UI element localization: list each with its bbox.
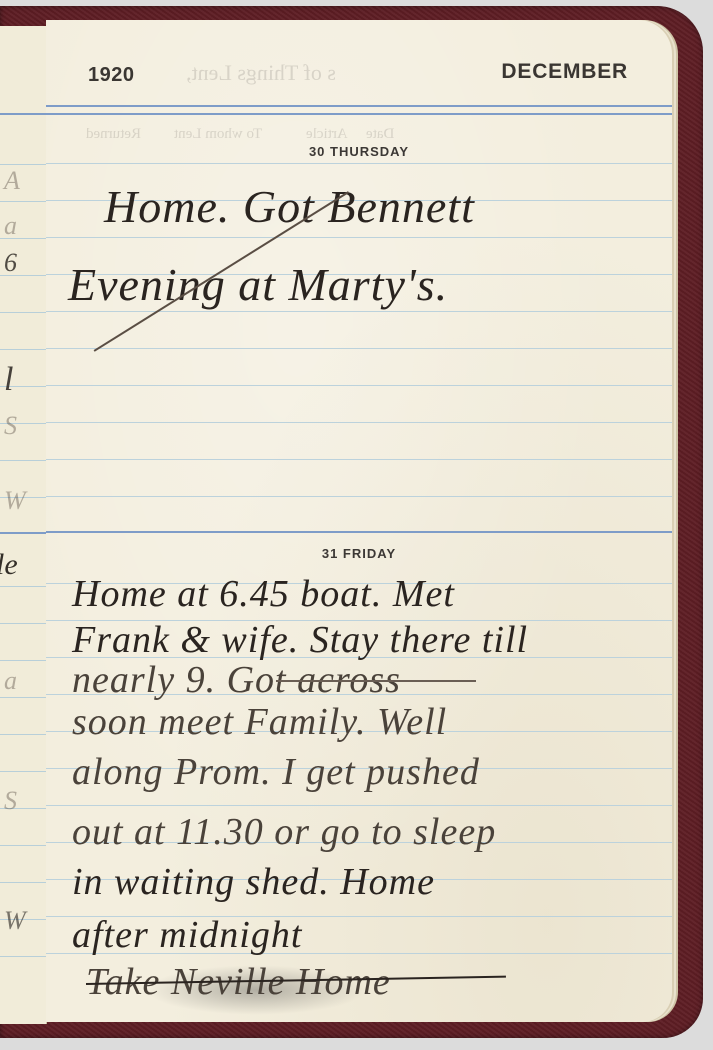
ruled-line	[46, 163, 672, 164]
ruled-line	[0, 164, 46, 165]
ruled-line	[0, 660, 46, 661]
ruled-line	[46, 348, 672, 349]
bleed-through-column: Returned	[86, 126, 141, 143]
ruled-line	[0, 771, 46, 772]
ruled-line	[0, 201, 46, 202]
left-page-fragment: 6	[4, 248, 17, 278]
bleed-through-column: Date	[366, 126, 394, 143]
ruled-line	[46, 805, 672, 806]
day-label-31-friday: 31 FRIDAY	[46, 546, 672, 561]
left-page-fragment: a	[4, 211, 17, 241]
day-label-30-thursday: 30 THURSDAY	[46, 144, 672, 159]
ruled-line	[46, 422, 672, 423]
left-page-fragment: a	[4, 666, 17, 696]
entry-31-line-8: after midnight	[72, 913, 302, 957]
ruled-line	[0, 532, 46, 534]
bleed-through-column: To whom Lent	[174, 126, 262, 143]
ruled-line	[0, 845, 46, 846]
ruled-line	[0, 956, 46, 957]
left-page-edge: A a 6 l S W le a S W	[0, 26, 47, 1024]
left-page-fragment: S	[4, 786, 17, 816]
ruled-line	[0, 882, 46, 883]
bleed-through-title: s of Things Lent,	[186, 60, 336, 86]
ruled-line	[46, 496, 672, 497]
ruled-line	[46, 459, 672, 460]
left-page-fragment: l	[4, 361, 13, 399]
header-rule	[46, 113, 672, 115]
ruled-line	[46, 385, 672, 386]
diary-page: s of Things Lent, Returned To whom Lent …	[46, 20, 672, 1022]
ruled-line	[0, 697, 46, 698]
ruled-line	[0, 460, 46, 461]
ruled-line	[0, 113, 46, 115]
left-page-fragment: A	[4, 166, 20, 196]
ruled-line	[0, 623, 46, 624]
year-heading: 1920	[88, 64, 135, 87]
ruled-line	[0, 312, 46, 313]
ruled-line	[0, 349, 46, 350]
entry-31-line-4: soon meet Family. Well	[72, 700, 447, 744]
left-page-fragment: le	[0, 548, 18, 582]
entry-31-line-6: out at 11.30 or go to sleep	[72, 810, 496, 854]
header-rule	[46, 105, 672, 107]
ruled-line	[0, 734, 46, 735]
entry-31-line-2: Frank & wife. Stay there till	[72, 618, 528, 662]
ruled-line	[0, 586, 46, 587]
left-page-fragment: W	[4, 486, 26, 516]
day-separator-rule	[46, 531, 672, 533]
entry-31-line-5: along Prom. I get pushed	[72, 750, 480, 794]
entry-31-line-1: Home at 6.45 boat. Met	[72, 572, 455, 616]
bleed-through-column: Article	[306, 126, 348, 143]
entry-30-line-1: Home. Got Bennett	[104, 180, 475, 233]
ruled-line	[46, 237, 672, 238]
entry-31-line-7: in waiting shed. Home	[72, 860, 435, 904]
left-page-fragment: S	[4, 411, 17, 441]
ruled-line	[46, 311, 672, 312]
left-page-fragment: W	[4, 906, 26, 936]
strike-got-across	[276, 680, 476, 682]
month-heading: DECEMBER	[501, 60, 628, 84]
entry-30-line-2: Evening at Marty's.	[68, 258, 448, 311]
